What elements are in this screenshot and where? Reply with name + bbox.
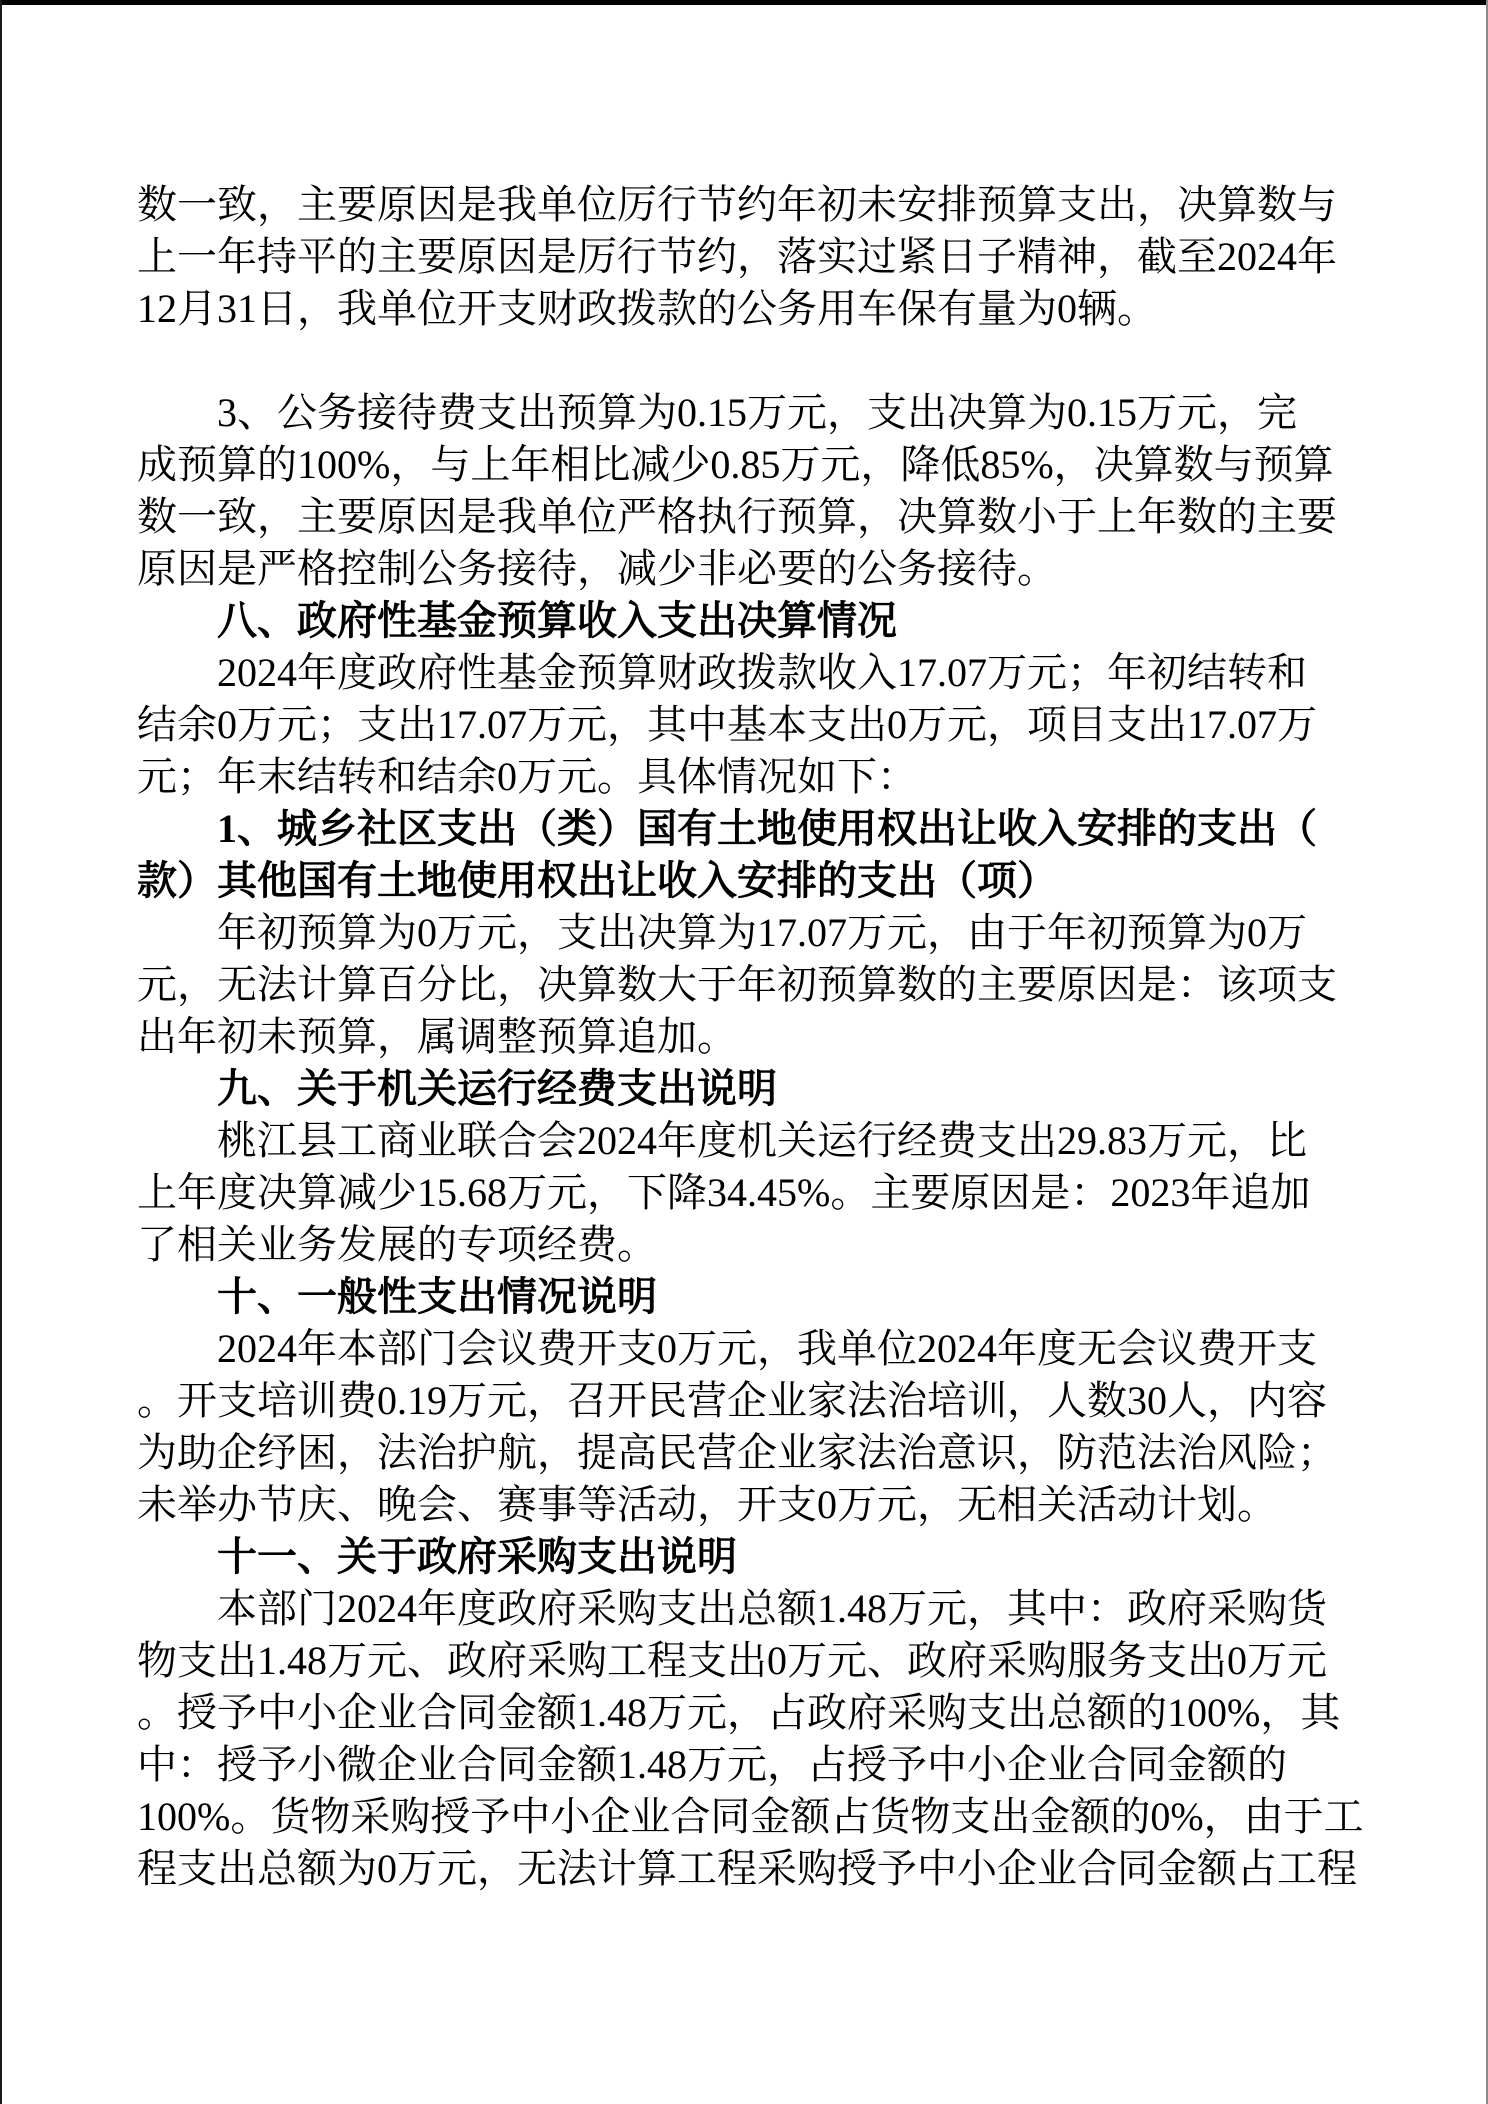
section-heading: 八、政府性基金预算收入支出决算情况 xyxy=(137,595,1393,647)
text-line: 元；年末结转和结余0万元。具体情况如下： xyxy=(137,751,1393,803)
section-heading: 1、城乡社区支出（类）国有土地使用权出让收入安排的支出（ xyxy=(137,803,1393,855)
text-line: 12月31日，我单位开支财政拨款的公务用车保有量为0辆。 xyxy=(137,283,1393,335)
text-line: 数一致，主要原因是我单位严格执行预算，决算数小于上年数的主要 xyxy=(137,491,1393,543)
text-line: 本部门2024年度政府采购支出总额1.48万元，其中：政府采购货 xyxy=(137,1583,1393,1635)
page-left-edge xyxy=(0,0,2,2104)
section-heading: 十一、关于政府采购支出说明 xyxy=(137,1531,1393,1583)
text-line: 元，无法计算百分比，决算数大于年初预算数的主要原因是：该项支 xyxy=(137,959,1393,1011)
text-line: 2024年本部门会议费开支0万元，我单位2024年度无会议费开支 xyxy=(137,1323,1393,1375)
text-line: 3、公务接待费支出预算为0.15万元，支出决算为0.15万元，完 xyxy=(137,387,1393,439)
text-line: 100%。货物采购授予中小企业合同金额占货物支出金额的0%，由于工 xyxy=(137,1791,1393,1843)
text-line: 为助企纾困，法治护航，提高民营企业家法治意识，防范法治风险； xyxy=(137,1427,1393,1479)
section-heading: 九、关于机关运行经费支出说明 xyxy=(137,1063,1393,1115)
text-line: 上一年持平的主要原因是厉行节约，落实过紧日子精神，截至2024年 xyxy=(137,231,1393,283)
text-line: 成预算的100%，与上年相比减少0.85万元，降低85%，决算数与预算 xyxy=(137,439,1393,491)
text-line: 中：授予小微企业合同金额1.48万元，占授予中小企业合同金额的 xyxy=(137,1739,1393,1791)
text-line: 结余0万元；支出17.07万元，其中基本支出0万元，项目支出17.07万 xyxy=(137,699,1393,751)
text-line: 出年初未预算，属调整预算追加。 xyxy=(137,1011,1393,1063)
section-heading: 款）其他国有土地使用权出让收入安排的支出（项） xyxy=(137,855,1393,907)
text-line: 。开支培训费0.19万元，召开民营企业家法治培训，人数30人，内容 xyxy=(137,1375,1393,1427)
blank-line xyxy=(137,335,1393,387)
text-line: 了相关业务发展的专项经费。 xyxy=(137,1219,1393,1271)
page-top-edge xyxy=(0,0,1488,5)
text-line: 数一致，主要原因是我单位厉行节约年初未安排预算支出，决算数与 xyxy=(137,179,1393,231)
text-line: 原因是严格控制公务接待，减少非必要的公务接待。 xyxy=(137,543,1393,595)
section-heading: 十、一般性支出情况说明 xyxy=(137,1271,1393,1323)
text-line: 桃江县工商业联合会2024年度机关运行经费支出29.83万元，比 xyxy=(137,1115,1393,1167)
text-line: 未举办节庆、晚会、赛事等活动，开支0万元，无相关活动计划。 xyxy=(137,1479,1393,1531)
text-line: 2024年度政府性基金预算财政拨款收入17.07万元；年初结转和 xyxy=(137,647,1393,699)
document-body: 数一致，主要原因是我单位厉行节约年初未安排预算支出，决算数与上一年持平的主要原因… xyxy=(137,179,1393,1895)
text-line: 物支出1.48万元、政府采购工程支出0万元、政府采购服务支出0万元 xyxy=(137,1635,1393,1687)
document-page: 数一致，主要原因是我单位厉行节约年初未安排预算支出，决算数与上一年持平的主要原因… xyxy=(0,0,1488,2104)
text-line: 年初预算为0万元，支出决算为17.07万元，由于年初预算为0万 xyxy=(137,907,1393,959)
text-line: 。授予中小企业合同金额1.48万元，占政府采购支出总额的100%，其 xyxy=(137,1687,1393,1739)
text-line: 上年度决算减少15.68万元，下降34.45%。主要原因是：2023年追加 xyxy=(137,1167,1393,1219)
text-line: 程支出总额为0万元，无法计算工程采购授予中小企业合同金额占工程 xyxy=(137,1843,1393,1895)
